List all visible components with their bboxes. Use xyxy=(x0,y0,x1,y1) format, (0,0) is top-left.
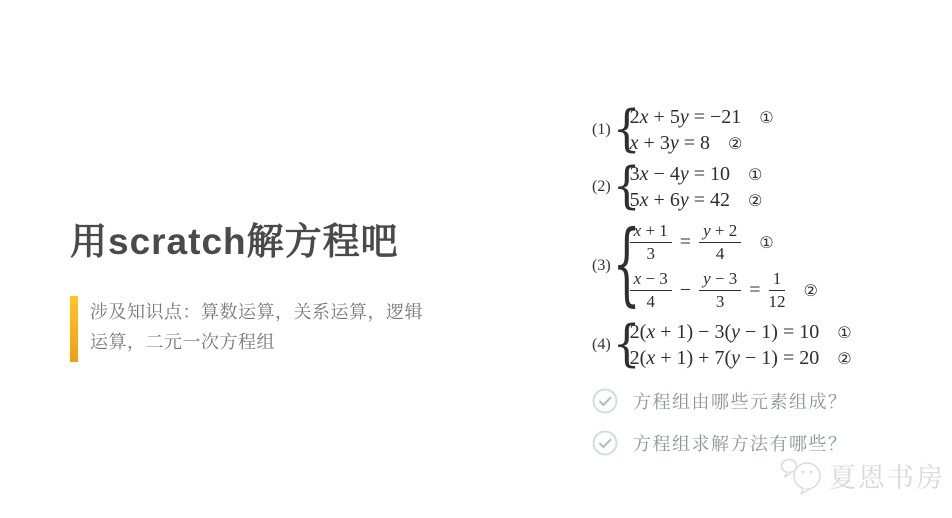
equation-number-tag: ② xyxy=(728,134,742,153)
watermark: 夏恩书房 xyxy=(778,453,945,497)
watermark-text: 夏恩书房 xyxy=(829,456,945,495)
check-circle-icon xyxy=(592,388,618,414)
operator: = xyxy=(680,231,691,254)
fraction: y − 3 3 xyxy=(699,269,741,311)
equation-number-tag: ① xyxy=(837,323,851,342)
equation-rows: 2x + 5y = −21 ① x + 3y = 8 ② xyxy=(630,104,774,156)
accent-bar xyxy=(70,296,78,362)
fraction-denominator: 12 xyxy=(769,291,786,312)
equation-system-2: (2) { 3x − 4y = 10 ① 5x + 6y = 42 ② xyxy=(592,161,852,213)
equation-row: 2(x + 1) − 3(y − 1) = 10 ① xyxy=(630,319,852,345)
slide-canvas: 用scratch解方程吧 涉及知识点：算数运算，关系运算，逻辑运算，二元一次方程… xyxy=(0,0,952,518)
equation-expression: x + 3y = 8 xyxy=(630,132,710,155)
equation-expression: 2x + 5y = −21 xyxy=(630,106,742,129)
equation-system-4: (4) { 2(x + 1) − 3(y − 1) = 10 ① 2(x + 1… xyxy=(592,319,852,371)
equation-expression: 2(x + 1) − 3(y − 1) = 10 xyxy=(630,321,820,344)
equation-number-tag: ① xyxy=(759,108,773,127)
fraction-denominator: 3 xyxy=(646,243,655,264)
operator: − xyxy=(680,279,691,302)
page-title: 用scratch解方程吧 xyxy=(70,220,399,264)
fraction-numerator: y − 3 xyxy=(699,269,741,291)
equation-expression: 5x + 6y = 42 xyxy=(630,189,730,212)
fraction-numerator: 1 xyxy=(769,269,786,291)
equation-row: 2(x + 1) + 7(y − 1) = 20 ② xyxy=(630,345,852,371)
system-brace: { xyxy=(613,162,627,211)
question-text: 方程组由哪些元素组成？ xyxy=(633,388,848,414)
question-item: 方程组由哪些元素组成？ xyxy=(592,388,848,414)
equation-systems: (1) { 2x + 5y = −21 ① x + 3y = 8 ② (2) {… xyxy=(592,104,852,376)
equation-number-tag: ② xyxy=(748,191,762,210)
equation-system-1: (1) { 2x + 5y = −21 ① x + 3y = 8 ② xyxy=(592,104,852,156)
system-brace: { xyxy=(613,221,627,311)
fraction: 1 12 xyxy=(769,269,786,311)
equation-number-tag: ① xyxy=(759,233,773,252)
equation-row: x + 3y = 8 ② xyxy=(630,130,774,156)
check-circle-icon xyxy=(592,430,618,456)
fraction-numerator: y + 2 xyxy=(699,221,741,243)
fraction-denominator: 4 xyxy=(716,243,725,264)
operator: = xyxy=(749,279,760,302)
equation-row: x + 1 3 = y + 2 4 ① xyxy=(630,218,818,266)
equation-rows: 2(x + 1) − 3(y − 1) = 10 ① 2(x + 1) + 7(… xyxy=(630,319,852,371)
equation-number-tag: ① xyxy=(748,165,762,184)
knowledge-points-block: 涉及知识点：算数运算，关系运算，逻辑运算，二元一次方程组 xyxy=(70,296,430,362)
equation-number-tag: ② xyxy=(837,349,851,368)
system-label: (2) xyxy=(592,178,611,196)
equation-rows: x + 1 3 = y + 2 4 ① x − 3 4 − xyxy=(630,218,818,314)
fraction: y + 2 4 xyxy=(699,221,741,263)
knowledge-text: 涉及知识点：算数运算，关系运算，逻辑运算，二元一次方程组 xyxy=(90,297,430,362)
equation-row: 5x + 6y = 42 ② xyxy=(630,187,763,213)
equation-row: x − 3 4 − y − 3 3 = 1 12 ② xyxy=(630,266,818,314)
fraction-denominator: 4 xyxy=(646,291,655,312)
equation-rows: 3x − 4y = 10 ① 5x + 6y = 42 ② xyxy=(630,161,763,213)
mascot-logo-icon xyxy=(778,453,826,497)
equation-expression: 2(x + 1) + 7(y − 1) = 20 xyxy=(630,347,820,370)
system-brace: { xyxy=(613,321,627,370)
equation-system-3: (3) { x + 1 3 = y + 2 4 ① xyxy=(592,218,852,314)
equation-row: 3x − 4y = 10 ① xyxy=(630,161,763,187)
system-label: (4) xyxy=(592,336,611,354)
system-label: (3) xyxy=(592,257,611,275)
system-brace: { xyxy=(613,105,627,154)
equation-number-tag: ② xyxy=(804,281,818,300)
equation-row: 2x + 5y = −21 ① xyxy=(630,104,774,130)
fraction-denominator: 3 xyxy=(716,291,725,312)
system-label: (1) xyxy=(592,121,611,139)
equation-expression: 3x − 4y = 10 xyxy=(630,163,730,186)
